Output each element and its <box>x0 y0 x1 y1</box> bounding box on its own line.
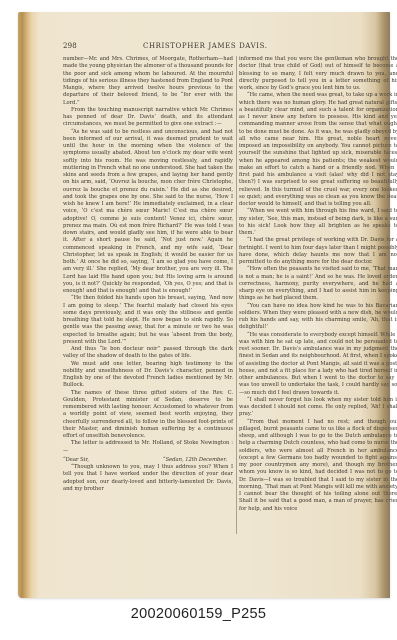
paragraph: informed me that you were the gentleman … <box>239 56 397 92</box>
page-gutter-shadow <box>378 12 390 598</box>
paragraph: The names of these three gifted sisters … <box>63 390 233 441</box>
paragraph: “You can have no idea how kind he was to… <box>239 303 397 332</box>
paragraph: “He was considerate to everybody except … <box>239 332 397 397</box>
paragraph: “When we went with him through his fine … <box>239 208 397 237</box>
running-title: CHRISTOPHER JAMES DAVIS. <box>143 42 268 50</box>
book-page: 298 CHRISTOPHER JAMES DAVIS. number—Mr. … <box>18 12 390 598</box>
paragraph: “He came, when the need was great, to ta… <box>239 92 397 208</box>
paragraph: “He then folded his hands upon his breas… <box>63 295 233 346</box>
paragraph: “I had the great privilege of working wi… <box>239 237 397 266</box>
paragraph: The letter is addressed to Mr. Holland, … <box>63 440 233 455</box>
page-number: 298 <box>63 42 77 50</box>
running-header: 298 CHRISTOPHER JAMES DAVIS. <box>63 42 378 52</box>
right-column: informed me that you were the gentleman … <box>239 56 397 513</box>
paragraph: From the touching manuscript narrative w… <box>63 107 233 129</box>
paragraph: “From that moment I had no rest; and tho… <box>239 419 397 513</box>
paragraph: “How often the peasants he visited said … <box>239 266 397 302</box>
paragraph: number—Mr. and Mrs. Chrimes, of Moorgate… <box>63 56 233 107</box>
salutation: “Dear Sir, <box>63 457 89 464</box>
dateline: “Sedan, 12th December. <box>163 457 233 464</box>
left-column: number—Mr. and Mrs. Chrimes, of Moorgate… <box>63 56 233 493</box>
paragraph: And thus “le bon docteur noir” passed th… <box>63 346 233 361</box>
letter-opening: “Though unknown to you, may I thus addre… <box>63 464 233 493</box>
letter-heading: “Dear Sir, “Sedan, 12th December. <box>63 457 233 464</box>
paragraph: “I shall never forget his look when my s… <box>239 397 397 419</box>
paragraph: “As he was said to be restless and uncon… <box>63 129 233 296</box>
column-divider <box>236 56 237 534</box>
paragraph: We must add one letter, bearing high tes… <box>63 361 233 390</box>
image-caption: 20020060159_P255 <box>0 606 397 622</box>
